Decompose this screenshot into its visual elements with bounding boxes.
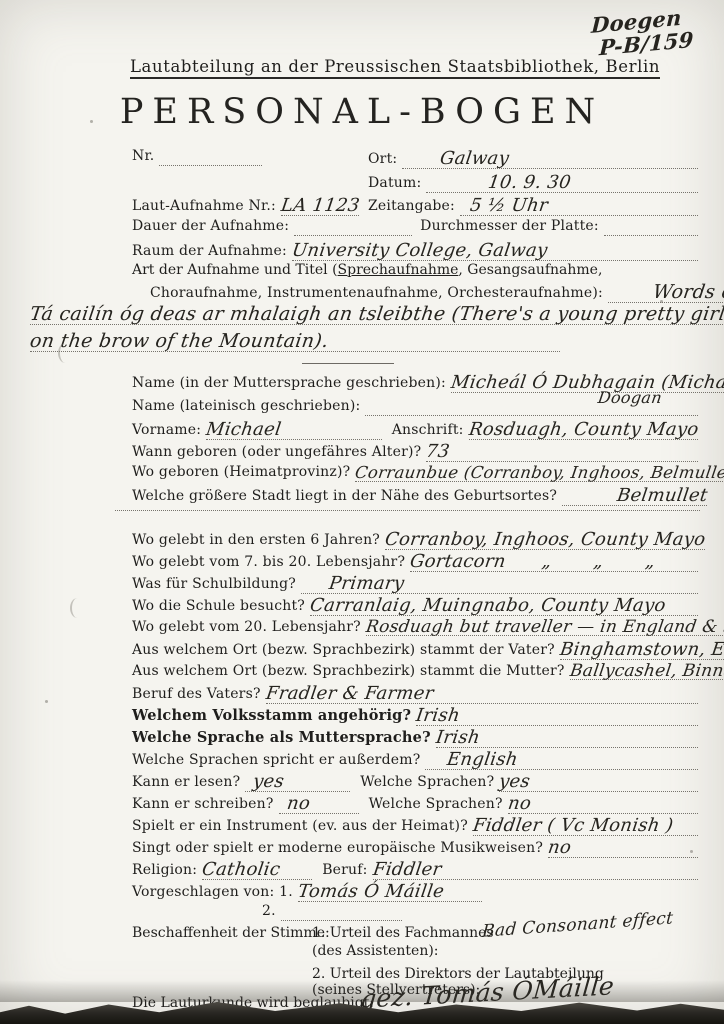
dotted-line: Tomás Ó Máille [298, 881, 482, 902]
institution-header: Lautabteilung an der Preussischen Staats… [130, 57, 660, 79]
paper-mark [58, 343, 73, 363]
dotted-line: no [548, 837, 698, 858]
dotted-line [365, 413, 698, 416]
dotted-line: Binghamstown, Erris [560, 639, 724, 660]
dotted-line: yes [245, 771, 350, 792]
dotted-line: Rosduagh but traveller — in England & Sc… [366, 617, 724, 636]
dotted-line: English [425, 749, 698, 770]
dotted-line [294, 235, 412, 236]
dotted-line: Micheál Ó Dubhagain (Michael Duggan oder [451, 372, 724, 393]
section-divider [302, 363, 394, 364]
field-beruf-vater: Beruf des Vaters? Fradler & Farmer [132, 683, 698, 704]
dotted-line: no [508, 793, 698, 814]
laut-nr-label: Laut-Aufnahme Nr.: [132, 198, 281, 216]
song-title-line2: on the brow of the Mountain). [30, 330, 560, 352]
field-datum: Datum: 10. 9. 30 [368, 172, 698, 193]
field-religion-beruf: Religion: Catholic Beruf: Fiddler [132, 859, 698, 880]
art-line1: Art der Aufnahme und Titel (Sprechaufnah… [132, 262, 602, 278]
dotted-line: Fiddler [373, 859, 698, 880]
volksstamm-label: Welchem Volksstamm angehörig? [132, 707, 416, 725]
durchmesser-label: Durchmesser der Platte: [412, 218, 604, 236]
dotted-line [115, 508, 700, 511]
gelebt7-20-label: Wo gelebt vom 7. bis 20. Lebensjahr? [132, 554, 410, 572]
scan-speck [45, 700, 48, 703]
zeitangabe-label: Zeitangabe: [368, 198, 460, 216]
scanned-form-page: Doegen P-B/159 Lautabteilung an der Preu… [0, 0, 724, 1024]
dotted-line: Fiddler ( Vc Monish ) [473, 815, 698, 836]
field-mutter-ort: Aus welchem Ort (bezw. Sprachbezirk) sta… [132, 661, 698, 680]
vorname-label: Vorname: [132, 422, 206, 440]
anschrift-label: Anschrift: [382, 422, 469, 440]
field-sprachen-ausserdem: Welche Sprachen spricht er außerdem? Eng… [132, 749, 698, 770]
bottom-smudge [0, 980, 724, 1002]
instrument-label: Spielt er ein Instrument (ev. aus der He… [132, 818, 473, 836]
dotted-line: yes [499, 771, 698, 792]
field-nr: Nr. [132, 148, 262, 166]
dotted-line: Words of a song : [608, 281, 724, 303]
scan-speck [660, 300, 663, 303]
vorgeschlagen-2-label: 2. [262, 903, 281, 921]
stadt-label: Welche größere Stadt liegt in der Nähe d… [132, 488, 562, 506]
musikweisen-label: Singt oder spielt er moderne europäische… [132, 840, 548, 858]
schreiben-sprachen-label: Welche Sprachen? [359, 796, 508, 814]
beruf-vater-label: Beruf des Vaters? [132, 686, 266, 704]
name-mother-label: Name (in der Muttersprache geschrieben): [132, 375, 451, 393]
field-vorgeschlagen-2: 2. [262, 903, 402, 921]
dotted-line: Primary [301, 573, 698, 594]
schule-wo-label: Wo die Schule besucht? [132, 598, 310, 616]
schreiben-label: Kann er schreiben? [132, 796, 279, 814]
dotted-line: Fradler & Farmer [266, 683, 698, 704]
field-lesen: Kann er lesen? yes Welche Sprachen? yes [132, 771, 698, 792]
paper-mark [70, 598, 85, 618]
dotted-line [281, 918, 402, 921]
art-line2: Choraufnahme, Instrumentenaufnahme, Orch… [150, 285, 608, 303]
lesen-sprachen-label: Welche Sprachen? [350, 774, 499, 792]
form-title: PERSONAL-BOGEN [0, 92, 724, 132]
dotted-line: Ballycashel, Binnahown, Co. Mayo [570, 661, 724, 680]
beruf-label: Beruf: [312, 862, 372, 880]
scan-speck [90, 120, 93, 123]
field-schule-wo: Wo die Schule besucht? Carranlaig, Muing… [132, 595, 698, 616]
sprechaufnahme-underlined: Sprechaufnahme [338, 262, 459, 278]
dotted-line: Corranboy, Inghoos, County Mayo [385, 529, 705, 550]
dotted-line: Rosduagh, County Mayo [469, 419, 698, 440]
dauer-label: Dauer der Aufnahme: [132, 218, 294, 236]
dotted-line [159, 163, 262, 166]
mutter-ort-label: Aus welchem Ort (bezw. Sprachbezirk) sta… [132, 663, 570, 681]
dotted-line: no [279, 793, 359, 814]
field-gelebt7-20: Wo gelebt vom 7. bis 20. Lebensjahr? Gor… [132, 551, 698, 572]
field-instrument: Spielt er ein Instrument (ev. aus der He… [132, 815, 698, 836]
field-schulbildung: Was für Schulbildung? Primary [132, 573, 698, 594]
lesen-label: Kann er lesen? [132, 774, 245, 792]
stimme-item1-line2: (des Assistenten): [312, 943, 439, 959]
field-vorname-anschrift: Vorname: Michael Anschrift: Rosduagh, Co… [132, 419, 698, 440]
field-zeitangabe: Zeitangabe: 5 ½ Uhr [368, 195, 698, 216]
datum-label: Datum: [368, 175, 426, 193]
geboren-wann-label: Wann geboren (oder ungefähres Alter)? [132, 444, 426, 462]
field-laut-nr: Laut-Aufnahme Nr.: LA 1123 [132, 195, 357, 216]
religion-label: Religion: [132, 862, 202, 880]
stimme-item1-line1: 1. Urteil des Fachmannes [312, 925, 494, 941]
dotted-line: on the brow of the Mountain). [30, 330, 560, 352]
dotted-line: Michael [206, 419, 382, 440]
empty-dotted-line [115, 508, 700, 511]
dotted-line: Tá cailín óg deas ar mhalaigh an tsleibt… [30, 303, 724, 325]
dotted-line: Catholic [202, 859, 312, 880]
gelebt20-label: Wo gelebt vom 20. Lebensjahr? [132, 619, 366, 637]
field-gelebt20: Wo gelebt vom 20. Lebensjahr? Rosduagh b… [132, 617, 698, 636]
dotted-line: Irish [416, 705, 698, 726]
field-vorgeschlagen-1: Vorgeschlagen von: 1. Tomás Ó Máille [132, 881, 482, 902]
dotted-line: 10. 9. 30 [426, 172, 698, 193]
dotted-line: Gortacorn „ „ „ [410, 551, 698, 572]
vater-ort-label: Aus welchem Ort (bezw. Sprachbezirk) sta… [132, 642, 560, 660]
dotted-line: Galway [402, 148, 698, 169]
field-musikweisen: Singt oder spielt er moderne europäische… [132, 837, 698, 858]
field-art-titel: Choraufnahme, Instrumentenaufnahme, Orch… [150, 281, 698, 303]
field-gelebt6: Wo gelebt in den ersten 6 Jahren? Corran… [132, 529, 698, 550]
song-title-line1: Tá cailín óg deas ar mhalaigh an tsleibt… [30, 303, 702, 325]
field-vater-ort: Aus welchem Ort (bezw. Sprachbezirk) sta… [132, 639, 698, 660]
gelebt6-label: Wo gelebt in den ersten 6 Jahren? [132, 532, 385, 550]
dotted-line: University College, Galway [292, 240, 698, 261]
stimme-item1-value: Bad Consonant effect [482, 908, 674, 940]
schulbildung-label: Was für Schulbildung? [132, 576, 301, 594]
archive-annotation: Doegen P-B/159 [590, 2, 724, 59]
field-schreiben: Kann er schreiben? no Welche Sprachen? n… [132, 793, 698, 814]
field-muttersprache: Welche Sprache als Muttersprache? Irish [132, 727, 698, 748]
dotted-line: Carranlaig, Muingnabo, County Mayo [310, 595, 698, 616]
dotted-line: Belmullet [562, 485, 707, 506]
field-volksstamm: Welchem Volksstamm angehörig? Irish [132, 705, 698, 726]
dotted-line: 73 [426, 441, 698, 462]
dotted-line: Irish [436, 727, 698, 748]
name-latin-label: Name (lateinisch geschrieben): [132, 398, 365, 416]
scan-speck [690, 850, 693, 853]
field-stadt: Welche größere Stadt liegt in der Nähe d… [132, 485, 698, 506]
field-name-latin: Name (lateinisch geschrieben): [132, 398, 698, 416]
field-ort: Ort: Galway [368, 148, 698, 169]
vorgeschlagen-label: Vorgeschlagen von: 1. [132, 884, 298, 902]
stimme-label: Beschaffenheit der Stimme: [132, 925, 330, 941]
field-geboren-wo: Wo geboren (Heimatprovinz)? Corraunbue (… [132, 463, 698, 482]
sprachen-ausserdem-label: Welche Sprachen spricht er außerdem? [132, 752, 425, 770]
muttersprache-label: Welche Sprache als Muttersprache? [132, 729, 436, 747]
field-geboren-wann: Wann geboren (oder ungefähres Alter)? 73 [132, 441, 698, 462]
nr-label: Nr. [132, 148, 159, 166]
dotted-line: LA 1123 [281, 195, 360, 216]
field-raum: Raum der Aufnahme: University College, G… [132, 240, 698, 261]
raum-label: Raum der Aufnahme: [132, 243, 292, 261]
dotted-line: Corraunbue (Corranboy, Inghoos, Belmulle… [355, 463, 724, 482]
geboren-wo-label: Wo geboren (Heimatprovinz)? [132, 464, 355, 482]
ort-label: Ort: [368, 151, 402, 169]
dotted-line [604, 233, 698, 236]
dotted-line: 5 ½ Uhr [460, 195, 698, 216]
field-dauer-durchmesser: Dauer der Aufnahme: Durchmesser der Plat… [132, 218, 698, 236]
